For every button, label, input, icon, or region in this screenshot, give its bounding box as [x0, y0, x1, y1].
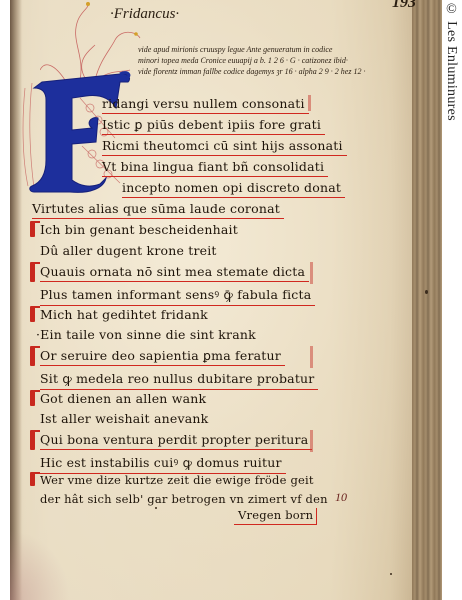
marginal-note-line: vide florentz imman fallbe codice dagemy… — [138, 66, 408, 77]
paragraph-mark-icon — [30, 306, 35, 322]
paragraph-mark-icon — [30, 430, 35, 450]
paragraph-mark-icon — [30, 472, 35, 486]
verse-line: Virtutes alias que sūma laude coronat — [32, 201, 280, 216]
verse-line: Quauis ornata nō sint mea stemate dicta — [40, 264, 305, 279]
verse-line: ·Ein taile von sinne die sint krank — [36, 327, 256, 342]
verse-line: Istic ꝑ piūs debent ipiis fore grati — [102, 117, 321, 132]
verse-line: Ich bin genant bescheidenhait — [40, 222, 238, 237]
verse-line: Sit ꝙ medela reo nullus dubitare probatu… — [40, 370, 314, 387]
verse-line: Ist aller weishait anevank — [40, 411, 208, 426]
verse-line: Ricmi theutomci cū sint hijs assonati — [102, 138, 343, 153]
rubric-bracket — [308, 95, 311, 111]
verse-line: Vt bina lingua fiant bñ consolidati — [102, 159, 324, 174]
paragraph-mark-icon — [30, 346, 35, 366]
rubric-bracket — [310, 262, 313, 284]
folio-number: 193 — [392, 0, 416, 12]
watermark-text: © Les Enluminures — [443, 2, 459, 121]
page-edge — [412, 0, 442, 600]
paragraph-mark-icon — [30, 390, 35, 406]
catchword-frame — [234, 508, 317, 525]
speck — [390, 573, 392, 575]
verse-line: Dû aller dugent krone treit — [40, 243, 217, 258]
marginal-note-line: vide apud mirionis cruuspy legue Ante ge… — [138, 44, 408, 55]
verse-line: Wer vme dize kurtze zeit die ewige fröde… — [40, 473, 314, 487]
paragraph-mark-icon — [30, 221, 35, 237]
copyright-watermark: © Les Enluminures — [443, 2, 462, 212]
verse-line: der hât sich selb' gar betrogen vn zimer… — [40, 492, 328, 506]
manuscript-scan: 193 ·Fridancus· vide apud mirionis cruus… — [10, 0, 442, 600]
margin-number: 10 — [335, 490, 347, 505]
verse-line: incepto nomen opi discreto donat — [122, 180, 341, 195]
stain — [10, 530, 70, 600]
verse-line: Or seruire deo sapientia ꝑma feratur — [40, 348, 281, 363]
verse-line: Plus tamen informant sensꝰ ꝙ̄ fabula fic… — [40, 286, 311, 303]
rubric-bracket — [310, 346, 313, 368]
speck — [425, 290, 428, 294]
verse-line: Got dienen an allen wank — [40, 391, 206, 406]
verse-line: Hic est instabilis cuiꝰ ꝙ domus ruitur — [40, 454, 282, 471]
marginal-note-line: minori topea meda Cronice euuapij a b. 1… — [138, 55, 408, 66]
paragraph-mark-icon — [30, 262, 35, 282]
verse-line: Mich hat gedihtet fridank — [40, 307, 208, 322]
verse-line: Qui bona ventura perdit propter peritura — [40, 432, 308, 447]
rubric-bracket — [310, 430, 313, 452]
speck — [155, 507, 157, 509]
verse-line: ridangi versu nullem consonati — [102, 96, 305, 111]
